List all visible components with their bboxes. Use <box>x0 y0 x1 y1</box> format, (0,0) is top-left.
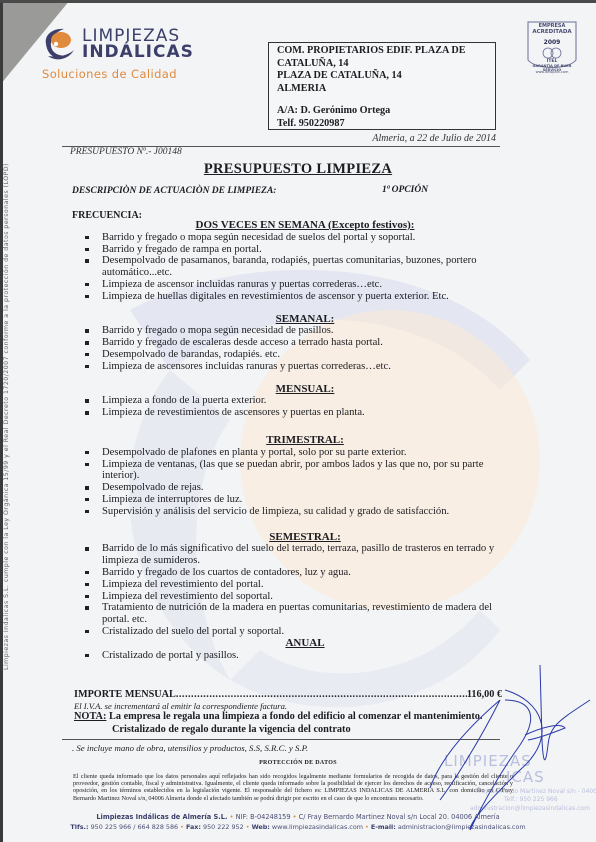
list-item: Limpieza de revestimientos de ascensores… <box>80 407 510 419</box>
list-item: Desempolvado de barandas, rodapiés. etc. <box>80 349 510 361</box>
list-item: Barrido de lo más significativo del suel… <box>80 543 510 567</box>
list-item: Limpieza del revestimiento del portal. <box>80 579 510 591</box>
monthly-amount-value: 116,00 € <box>467 689 502 700</box>
side-legal-text: Limpiezas Indalicas S.L. cumple con la L… <box>3 163 10 670</box>
company-name-line2: INDÁLICAS <box>82 44 194 61</box>
service-sections: DOS VECES EN SEMANA (Excepto festivos): … <box>80 220 510 661</box>
list-item: Supervisión y análisis del servicio de l… <box>80 506 510 518</box>
stamp-address: Fray Bernardo Martinez Noval s/n - 04006… <box>476 788 596 795</box>
list-item: Limpieza de ventanas, (las que se puedan… <box>80 459 510 483</box>
section-mensual: MENSUAL: Limpieza a fondo de la puerta e… <box>80 384 510 419</box>
description-label: DESCRIPCIÒN DE ACTUACIÒN DE LIMPIEZA: <box>72 186 276 196</box>
recipient-line: COM. PROPIETARIOS EDIF. PLAZA DE <box>277 45 495 58</box>
list-item: Cristalizado del suelo del portal y sopo… <box>80 626 510 638</box>
seal-year: 2009 <box>524 39 580 46</box>
footer-phones: 950 225 966 / 664 828 586 <box>91 823 179 831</box>
note-line2: Cristalizado de regalo durante la vigenc… <box>74 724 483 737</box>
document-date: Almeria, a 22 de Julio de 2014 <box>372 133 496 144</box>
monthly-amount-row: IMPORTE MENSUAL ........................… <box>74 689 502 700</box>
section-trimestral: TRIMESTRAL: Desempolvado de plafones en … <box>80 435 510 518</box>
section-anual: ANUAL Cristalizado de portal y pasillos. <box>80 638 510 662</box>
footer-email-link[interactable]: administracion@limpiezasindalicas.com <box>398 823 526 831</box>
list-item: Cristalizado de portal y pasillos. <box>80 650 510 662</box>
stamp-phone: Telf.: 950 225 966 <box>504 796 558 803</box>
list-item: Barrido y fregado de rampa en portal. <box>80 244 510 256</box>
vat-note: El I.V.A. se incrementará al emitir la c… <box>74 701 287 711</box>
section-title: SEMESTRAL: <box>100 532 510 544</box>
section-title: DOS VECES EN SEMANA (Excepto festivos): <box>100 220 510 232</box>
company-stamp: LIMPIEZAS ICAS Fray Bernardo Martinez No… <box>424 752 584 822</box>
footer-fax: 950 222 952 <box>203 823 244 831</box>
list-item: Desempolvado de pasamanos, baranda, roda… <box>80 255 510 279</box>
list-item: Limpieza de ascensor incluidas ranuras y… <box>80 279 510 291</box>
note-label: NOTA: <box>74 711 106 722</box>
recipient-line: ALMERIA <box>277 83 495 96</box>
note-line1: La empresa le regala una limpieza a fond… <box>106 711 482 722</box>
section-title: TRIMESTRAL: <box>100 435 510 447</box>
scan-top-edge <box>0 0 596 3</box>
accreditation-seal: EMPRESA ACREDITADA 2009 ITEL GARANTÍA DE… <box>524 18 580 76</box>
footer-contact-line: Tlfs.: 950 225 966 / 664 828 586 • Fax: … <box>0 823 596 831</box>
section-dos-veces: DOS VECES EN SEMANA (Excepto festivos): … <box>80 220 510 303</box>
seal-web: www.itelspain.com <box>524 70 580 74</box>
stamp-email: administracion@limpiezasindalicas.com <box>470 805 590 812</box>
recipient-phone: Telf. 950220987 <box>277 118 495 131</box>
logo-swirl-icon <box>38 26 78 62</box>
monthly-amount-label: IMPORTE MENSUAL <box>74 689 176 700</box>
recipient-attention: A/A: D. Gerónimo Ortega <box>277 105 495 118</box>
footer-nif: NIF: B-04248159 <box>236 813 291 821</box>
recipient-line: CATALUÑA, 14 <box>277 58 495 71</box>
recipient-line: PLAZA DE CATALUÑA, 14 <box>277 70 495 83</box>
section-title: SEMANAL: <box>100 314 510 326</box>
list-item: Limpieza del revestimiento del soportal. <box>80 591 510 603</box>
section-semestral: SEMESTRAL: Barrido de lo más significati… <box>80 532 510 638</box>
dot-leader: ........................................… <box>176 689 467 700</box>
seal-line2: ACREDITADA <box>524 29 580 35</box>
document-title: PRESUPUESTO LIMPIEZA <box>0 161 596 178</box>
list-item: Limpieza de ascensores incluidas ranuras… <box>80 361 510 373</box>
list-item: Tratamiento de nutrición de la madera en… <box>80 602 510 626</box>
company-logo: LIMPIEZAS INDÁLICAS Soluciones de Calida… <box>38 26 208 86</box>
company-tagline: Soluciones de Calidad <box>42 67 177 81</box>
option-label: 1ª OPCIÓN <box>382 185 428 195</box>
note-block: NOTA: La empresa le regala una limpieza … <box>74 711 483 736</box>
list-item: Barrido y fregado o mopa según necesidad… <box>80 325 510 337</box>
list-item: Barrido y fregado o mopa según necesidad… <box>80 232 510 244</box>
list-item: Limpieza a fondo de la puerta exterior. <box>80 395 510 407</box>
list-item: Barrido y fregado de escaleras desde acc… <box>80 337 510 349</box>
list-item: Limpieza de interruptores de luz. <box>80 494 510 506</box>
includes-note: . Se incluye mano de obra, utensilios y … <box>72 743 308 753</box>
footer-divider <box>62 739 500 740</box>
section-title: MENSUAL: <box>100 384 510 396</box>
footer-web-link[interactable]: www.limpiezasindalicas.com <box>272 823 363 831</box>
recipient-address-box: COM. PROPIETARIOS EDIF. PLAZA DE CATALUÑ… <box>268 42 496 130</box>
list-item: Limpieza de huellas digitales en revesti… <box>80 291 510 303</box>
section-title: ANUAL <box>100 638 510 650</box>
footer-company: Limpiezas Indálicas de Almería S.L. <box>96 813 227 821</box>
budget-number: PRESUPUESTO Nº.- J00148 <box>70 147 182 157</box>
list-item: Barrido y fregado de los cuartos de cont… <box>80 567 510 579</box>
section-semanal: SEMANAL: Barrido y fregado o mopa según … <box>80 314 510 373</box>
list-item: Desempolvado de plafones en planta y por… <box>80 447 510 459</box>
list-item: Desempolvado de rejas. <box>80 482 510 494</box>
stamp-line2: ICAS <box>506 768 545 786</box>
